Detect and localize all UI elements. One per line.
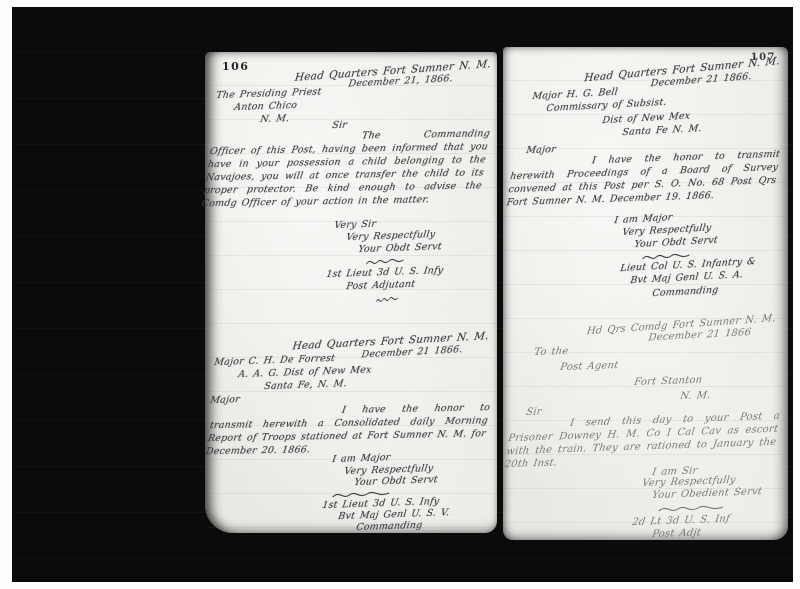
handwritten-line: Your Obdt Servt [634,235,719,250]
handwritten-line: Santa Fe N. M. [622,123,703,138]
handwritten-line: Post Agent [559,360,619,373]
handwritten-line: Your Obedient Servt [651,486,762,501]
page-number: 106 [222,60,249,73]
handwritten-line: N. M. [259,113,290,125]
handwritten-line: Your Obdt Servt [353,474,438,488]
handwritten-line: N. M. [679,390,711,402]
film-background: 106 Head Quarters Fort Sumner N. M.Decem… [12,7,793,582]
handwritten-line: Sir [525,406,542,418]
handwritten-line: 1st Lieut 3d U. S. Infy [325,265,444,280]
handwritten-line: I am Major [331,452,391,465]
handwritten-line: Post Adjt [651,527,701,540]
microfilm-scan-view: { "scan": { "film_color": "#0b0b0b", "pa… [0,0,800,589]
ledger-page-left: 106 Head Quarters Fort Sumner N. M.Decem… [205,52,497,533]
handwritten-line: Commanding [652,285,719,300]
handwritten-line: Anton Chico [233,100,297,113]
handwritten-line: Major [525,144,556,156]
handwritten-line: Fort Stanton [633,375,703,388]
handwritten-line: To the [533,346,569,358]
handwritten-line: Your Obdt Servt [357,241,442,255]
handwritten-line: Very Sir [333,219,376,232]
handwritten-line: I send this day to your Post a Prisoner … [504,410,781,472]
handwritten-line: Commanding [355,520,423,533]
signature-scrawl [375,294,399,306]
handwritten-line: 2d Lt 3d U. S. Inf [631,514,730,528]
handwritten-line: I have the honor to transmit herewith a … [205,401,491,458]
handwritten-line: The Commanding Officer of this Post, hav… [201,127,491,210]
handwritten-line: I have the honor to transmit herewith Pr… [506,148,781,210]
handwritten-line: Post Adjutant [345,279,415,292]
handwritten-line: The Presiding Priest [215,86,322,101]
ledger-page-right: 107 Head Quarters Fort Sumner N. M.Decem… [503,47,788,540]
handwritten-line: A. A. G. Dist of New Mex [237,364,372,380]
handwritten-line: Major [209,394,240,406]
handwritten-line: Santa Fe, N. M. [263,378,347,392]
page-number: 107 [751,52,776,63]
